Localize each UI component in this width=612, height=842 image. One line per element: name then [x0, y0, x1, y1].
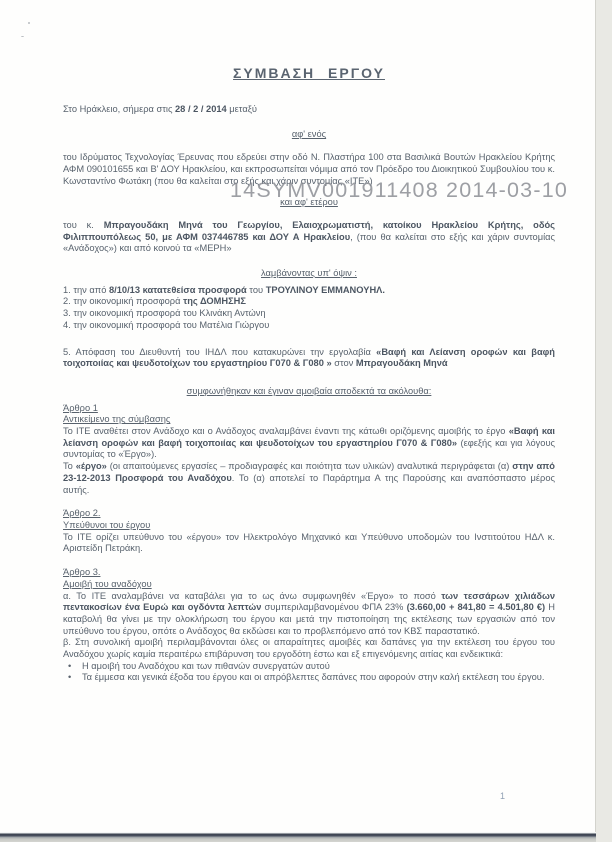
- item2-pre: 2. την οικονομική προσφορά: [63, 296, 183, 306]
- a3pa-pre: α. Το ΙΤΕ αναλαμβάνει να καταβάλει για τ…: [63, 591, 441, 601]
- item5-pre: 5. Απόφαση του Διευθυντή του ΙΗΔΛ που κα…: [63, 347, 376, 357]
- a1p2-pre: Το: [63, 461, 76, 471]
- article-1-paragraph-1: Το ΙΤΕ αναθέτει στον Ανάδοχο και ο Ανάδο…: [63, 426, 555, 461]
- date-line-pre: Στο Ηράκλειο, σήμερα στις: [63, 104, 175, 114]
- scan-edge-bottom: [0, 832, 596, 842]
- article-2-paragraph: Το ΙΤΕ ορίζει υπεύθυνο του «έργου» τον Η…: [63, 532, 555, 555]
- a1p2-term: «έργο»: [76, 461, 107, 471]
- consideration-item-1: 1. την από 8/10/13 κατατεθείσα προσφορά …: [63, 285, 555, 297]
- scanned-contract-page: ΣΥΜΒΑΣΗ ΕΡΓΟΥ Στο Ηράκλειο, σήμερα στις …: [0, 0, 612, 842]
- article-1-subheading: Αντικείμενο της σύμβασης: [63, 414, 555, 426]
- consideration-item-4: 4. την οικονομική προσφορά του Ματέλια Γ…: [63, 320, 555, 332]
- first-part-heading: αφ' ενός: [63, 129, 555, 141]
- scan-speck: [21, 36, 24, 37]
- registry-watermark: 14SYMV001911408 2014-03-10: [230, 178, 568, 203]
- scan-edge-right: [595, 0, 612, 842]
- a1p1-pre: Το ΙΤΕ αναθέτει στον Ανάδοχο και ο Ανάδο…: [63, 426, 509, 436]
- considering-heading: λαμβάνοντας υπ' όψιν :: [63, 268, 555, 280]
- bullet-icon: •: [68, 672, 82, 684]
- article-3-paragraph-a: α. Το ΙΤΕ αναλαμβάνει να καταβάλει για τ…: [63, 591, 555, 638]
- fee-bullet-2: • Τα έμμεσα και γενικά έξοδα του έργου κ…: [68, 672, 555, 684]
- article-3-heading: Άρθρο 3.: [63, 567, 555, 579]
- item1-offer: 8/10/13 κατατεθείσα προσφορά: [109, 285, 247, 295]
- second-party-paragraph: του κ. Μπραγουδάκη Μηνά του Γεωργίου, Ελ…: [63, 220, 555, 255]
- item5-awardee: Μπραγουδάκη Μηνά: [356, 358, 448, 368]
- article-1-heading: Άρθρο 1: [63, 403, 555, 415]
- contract-body: ΣΥΜΒΑΣΗ ΕΡΓΟΥ Στο Ηράκλειο, σήμερα στις …: [63, 68, 555, 696]
- article-3-subheading: Αμοιβή του αναδόχου: [63, 579, 555, 591]
- bullet-icon: •: [68, 661, 82, 673]
- fee-bullet-1: • Η αμοιβή του Αναδόχου και των πιθανών …: [68, 661, 555, 673]
- second-party-pre: του κ.: [63, 220, 104, 230]
- item1-bidder: ΤΡΟΥΛΙΝΟΥ ΕΜΜΑΝΟΥΗΛ.: [266, 285, 385, 295]
- considerations-list: 1. την από 8/10/13 κατατεθείσα προσφορά …: [63, 285, 555, 332]
- scan-speck: [28, 22, 30, 24]
- a3pa-amount-figures: (3.660,00 + 841,80 = 4.501,80 €): [407, 602, 546, 612]
- date-line-post: μεταξύ: [227, 104, 257, 114]
- item1-pre: 1. την από: [63, 285, 109, 295]
- consideration-item-2: 2. την οικονομική προσφορά της ΔΟΜΗΣΗΣ: [63, 296, 555, 308]
- agreement-heading: συμφωνήθηκαν και έγιναν αμοιβαία αποδεκτ…: [63, 386, 555, 398]
- article-2: Άρθρο 2. Υπεύθυνοι του έργου Το ΙΤΕ ορίζ…: [63, 508, 555, 555]
- fee-bullet-2-text: Τα έμμεσα και γενικά έξοδα του έργου και…: [82, 672, 555, 684]
- article-3-paragraph-b: β. Στη συνολική αμοιβή περιλαμβάνονται ό…: [63, 637, 555, 660]
- page-number: 1: [500, 791, 505, 801]
- item5-mid: στον: [332, 358, 356, 368]
- item1-mid: του: [247, 285, 266, 295]
- article-2-heading: Άρθρο 2.: [63, 508, 555, 520]
- a1p2-mid: (οι απαιτούμενες εργασίες – προδιαγραφές…: [107, 461, 512, 471]
- article-3: Άρθρο 3. Αμοιβή του αναδόχου α. Το ΙΤΕ α…: [63, 567, 555, 684]
- fee-bullet-1-text: Η αμοιβή του Αναδόχου και των πιθανών συ…: [82, 661, 555, 673]
- consideration-item-3: 3. την οικονομική προσφορά του Κλινάκη Α…: [63, 308, 555, 320]
- a3pa-mid: συμπεριλαμβανομένου ΦΠΑ 23%: [261, 602, 406, 612]
- article-1-paragraph-2: Το «έργο» (οι απαιτούμενες εργασίες – πρ…: [63, 461, 555, 496]
- date-line: Στο Ηράκλειο, σήμερα στις 28 / 2 / 2014 …: [63, 104, 555, 116]
- contract-title: ΣΥΜΒΑΣΗ ΕΡΓΟΥ: [63, 68, 555, 80]
- consideration-item-5: 5. Απόφαση του Διευθυντή του ΙΗΔΛ που κα…: [63, 347, 555, 370]
- contract-date: 28 / 2 / 2014: [175, 104, 227, 114]
- item2-bidder: της ΔΟΜΗΣΗΣ: [183, 296, 246, 306]
- article-1: Άρθρο 1 Αντικείμενο της σύμβασης Το ΙΤΕ …: [63, 403, 555, 497]
- article-2-subheading: Υπεύθυνοι του έργου: [63, 520, 555, 532]
